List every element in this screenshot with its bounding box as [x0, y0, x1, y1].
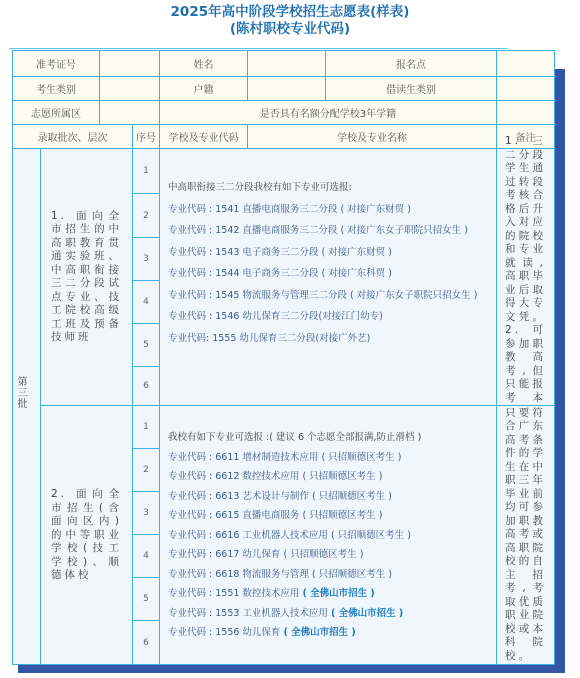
name-field[interactable]	[247, 50, 326, 77]
section-2-seq-4: 4	[132, 534, 160, 578]
section-2-seq-1: 1	[132, 405, 160, 449]
column-header-batch: 录取批次、层次	[12, 124, 133, 149]
section-2-description: 2. 面向全市招生(含面向区内)的中等职业学校(技工学校)、顺德体校	[40, 405, 133, 665]
section-2-intro: 我校有如下专业可选报 :( 建议 6 个志愿全部报满,防止滑档 )	[168, 428, 488, 448]
major-code-1545: 专业代码 : 1545 物流服务与管理三二分段 ( 对接广东女子职院只招女生 )	[168, 285, 488, 307]
section-1-major-list: 中高职衔接三二分段我校有如下专业可选报: 专业代码 : 1541 直播电商服务三…	[159, 148, 497, 406]
exam-id-field[interactable]	[99, 50, 160, 77]
registration-point-field[interactable]	[496, 50, 555, 77]
major-code-1551: 专业代码 : 1551 数控技术应用 ( 全佛山市招生 )	[168, 584, 488, 604]
candidate-category-label: 考生类别	[12, 76, 100, 101]
major-code-6618: 专业代码 : 6618 物流服务与管理 ( 只招顺德区考生 )	[168, 565, 488, 585]
page-title: 2025年高中阶段学校招生志愿表(样表) (陈村职校专业代码)	[0, 4, 580, 38]
section-1-seq-4: 4	[132, 280, 160, 324]
major-code-1542: 专业代码 : 1542 直播电商服务三二分段 ( 对接广东女子职院只招女生 )	[168, 220, 488, 242]
major-code-6616: 专业代码 : 6616 工业机器人技术应用 ( 只招顺德区考生 )	[168, 526, 488, 546]
column-header-code: 学校及专业代码	[159, 124, 248, 149]
candidate-category-field[interactable]	[99, 76, 160, 101]
column-header-name: 学校及专业名称	[247, 124, 497, 149]
borrow-student-label: 借读生类别	[325, 76, 497, 101]
major-code-1551-text: 专业代码 : 1551 数控技术应用	[168, 588, 302, 599]
section-1-intro: 中高职衔接三二分段我校有如下专业可选报:	[168, 177, 488, 199]
section-1-note: 1. 三二分段学生通过转段考核合格后升入对应的院校和专业就读,高职毕业后取得大专…	[496, 148, 555, 406]
section-2-major-list: 我校有如下专业可选报 :( 建议 6 个志愿全部报满,防止滑档 ) 专业代码 :…	[159, 405, 497, 665]
section-1-seq-1: 1	[132, 148, 160, 194]
major-code-1556-text: 专业代码 : 1556 幼儿保育	[168, 627, 283, 638]
major-code-1551-scope: ( 全佛山市招生 )	[302, 588, 374, 599]
quota-school-label: 是否具有名额分配学校3年学籍	[159, 100, 497, 125]
quota-school-field[interactable]	[496, 100, 555, 125]
major-code-1556-scope: ( 全佛山市招生 )	[283, 627, 355, 638]
major-code-1553-text: 专业代码 : 1553 工业机器人技术应用	[168, 608, 331, 619]
title-line-1: 2025年高中阶段学校招生志愿表(样表)	[0, 4, 580, 21]
section-2-note: 只要符合广东高考条件的学生在中职三年毕业前均可参加职教高考或高职院校的自主招考,…	[496, 405, 555, 665]
hukou-label: 户籍	[159, 76, 248, 101]
major-code-1544: 专业代码 : 1544 电子商务三二分段 ( 对接广东科贸 )	[168, 263, 488, 285]
major-code-6613: 专业代码 : 6613 艺术设计与制作 ( 只招顺德区考生 )	[168, 487, 488, 507]
registration-point-label: 报名点	[325, 50, 497, 77]
major-code-6617: 专业代码 : 6617 幼儿保育 ( 只招顺德区考生 )	[168, 545, 488, 565]
major-code-6615: 专业代码 : 6615 直播电商服务 ( 只招顺德区考生 )	[168, 506, 488, 526]
column-header-seq: 序号	[132, 124, 160, 149]
major-code-1553: 专业代码 : 1553 工业机器人技术应用 ( 全佛山市招生 )	[168, 604, 488, 624]
title-divider	[9, 48, 508, 49]
major-code-6611: 专业代码 : 6611 增材制造技术应用 ( 只招顺德区考生 )	[168, 448, 488, 468]
section-1-seq-3: 3	[132, 237, 160, 281]
major-code-1543: 专业代码 : 1543 电子商务三二分段 ( 对接广东财贸 )	[168, 242, 488, 264]
section-2-seq-6: 6	[132, 620, 160, 665]
major-code-1556: 专业代码 : 1556 幼儿保育 ( 全佛山市招生 )	[168, 623, 488, 643]
major-code-1546: 专业代码 : 1546 幼儿保育三二分段(对接江门幼专)	[168, 306, 488, 328]
section-2-seq-5: 5	[132, 577, 160, 621]
major-code-1553-scope: ( 全佛山市招生 )	[331, 608, 403, 619]
batch-label: 第三批	[12, 148, 41, 665]
district-field[interactable]	[99, 100, 160, 125]
section-1-seq-5: 5	[132, 323, 160, 367]
major-code-6612: 专业代码 : 6612 数控技术应用 ( 只招顺德区考生 )	[168, 467, 488, 487]
borrow-student-field[interactable]	[496, 76, 555, 101]
major-code-1555: 专业代码: 1555 幼儿保育三二分段(对接广外艺)	[168, 328, 488, 350]
section-2-seq-2: 2	[132, 448, 160, 492]
section-1-seq-2: 2	[132, 193, 160, 238]
hukou-field[interactable]	[247, 76, 326, 101]
application-form-table: 准考证号 姓名 报名点 考生类别 户籍 借读生类别 志愿所属区 是否具有名额分配…	[12, 50, 553, 663]
major-code-1541: 专业代码 : 1541 直播电商服务三二分段 ( 对接广东财贸 )	[168, 199, 488, 221]
title-line-2: (陈村职校专业代码)	[0, 21, 580, 38]
section-1-description: 1. 面向全市招生的中高职教育贯通实验班、中高职衔接三二分段试点专业、技工院校高…	[40, 148, 133, 406]
district-label: 志愿所属区	[12, 100, 100, 125]
exam-id-label: 准考证号	[12, 50, 100, 77]
section-2-seq-3: 3	[132, 491, 160, 535]
name-label: 姓名	[159, 50, 248, 77]
section-1-seq-6: 6	[132, 366, 160, 406]
